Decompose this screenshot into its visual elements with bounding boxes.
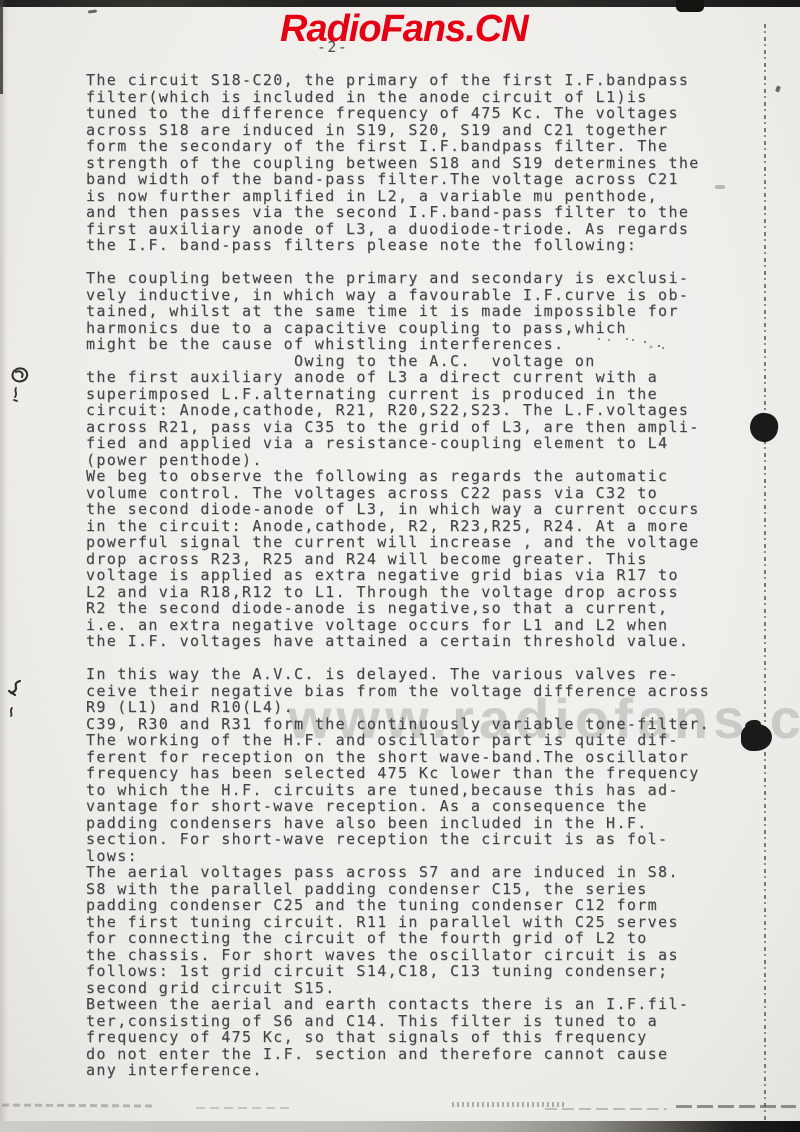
text-line: circuit: Anode,cathode, R21, R20,S22,S23… xyxy=(86,402,710,419)
text-line: We beg to observe the following as regar… xyxy=(86,468,710,485)
text-line: filter(which is included in the anode ci… xyxy=(86,89,710,106)
scanned-page: RadioFans.CN -2- www.radiofans.c The cir… xyxy=(0,0,800,1132)
paragraph-if-bandpass: The circuit S18-C20, the primary of the … xyxy=(86,72,710,254)
text-line: drop across R23, R25 and R24 will become… xyxy=(86,551,710,568)
ink-scribble xyxy=(7,366,33,402)
text-line: the first tuning circuit. R11 in paralle… xyxy=(86,914,710,931)
text-line: Owing to the A.C. voltage on xyxy=(86,353,710,370)
document-body: The circuit S18-C20, the primary of the … xyxy=(86,72,710,1095)
text-line: strength of the coupling between S18 and… xyxy=(86,155,710,172)
text-line: L2 and via R18,R12 to L1. Through the vo… xyxy=(86,584,710,601)
text-line: follows: 1st grid circuit S14,C18, C13 t… xyxy=(86,963,710,980)
scan-speck xyxy=(88,9,97,13)
text-line: The working of the H.F. and oscillator p… xyxy=(86,732,710,749)
paragraph-coupling-avc: The coupling between the primary and sec… xyxy=(86,270,710,650)
scan-smudge xyxy=(676,1105,796,1108)
scan-smudge xyxy=(452,1102,564,1107)
scan-edge-blob xyxy=(676,0,704,12)
text-line: volume control. The voltages across C22 … xyxy=(86,485,710,502)
text-line: ter,consisting of S6 and C14. This filte… xyxy=(86,1013,710,1030)
text-line: and then passes via the second I.F.band-… xyxy=(86,204,710,221)
ink-scribble xyxy=(4,678,28,718)
text-line: vely inductive, in which way a favourabl… xyxy=(86,287,710,304)
text-line: powerful signal the current will increas… xyxy=(86,534,710,551)
text-line: tuned to the difference frequency of 475… xyxy=(86,105,710,122)
text-line: In this way the A.V.C. is delayed. The v… xyxy=(86,666,710,683)
text-line: lows: xyxy=(86,848,710,865)
scan-smudge xyxy=(196,1107,292,1109)
text-line: frequency has been selected 475 Kc lower… xyxy=(86,765,710,782)
scan-smudge xyxy=(545,1108,667,1110)
text-line: across S18 are induced in S19, S20, S19 … xyxy=(86,122,710,139)
text-line: tained, whilst at the same time it is ma… xyxy=(86,303,710,320)
text-line: ferent for reception on the short wave-b… xyxy=(86,749,710,766)
scan-speck xyxy=(715,185,725,189)
text-line: fied and applied via a resistance-coupli… xyxy=(86,435,710,452)
text-line: the first auxiliary anode of L3 a direct… xyxy=(86,369,710,386)
text-line: (power penthode). xyxy=(86,452,710,469)
scan-smudge xyxy=(2,1103,154,1107)
text-line: do not enter the I.F. section and theref… xyxy=(86,1046,710,1063)
ink-blob xyxy=(748,411,780,444)
text-line: padding condensers have also been includ… xyxy=(86,815,710,832)
text-line: frequency of 475 Kc, so that signals of … xyxy=(86,1029,710,1046)
text-line: first auxiliary anode of L3, a duodiode-… xyxy=(86,221,710,238)
text-line: section. For short-wave reception the ci… xyxy=(86,831,710,848)
text-line: padding condenser C25 and the tuning con… xyxy=(86,897,710,914)
text-line: superimposed L.F.alternating current is … xyxy=(86,386,710,403)
text-line: across R21, pass via C35 to the grid of … xyxy=(86,419,710,436)
text-line: any interference. xyxy=(86,1062,710,1079)
scan-edge-left-dark xyxy=(0,0,3,94)
text-line: The aerial voltages pass across S7 and a… xyxy=(86,864,710,881)
text-line: the I.F. voltages have attained a certai… xyxy=(86,633,710,650)
text-line: The circuit S18-C20, the primary of the … xyxy=(86,72,710,89)
scan-edge-left xyxy=(0,0,8,1132)
text-line: form the secondary of the first I.F.band… xyxy=(86,138,710,155)
text-line: the chassis. For short waves the oscilla… xyxy=(86,947,710,964)
text-line: for connecting the circuit of the fourth… xyxy=(86,930,710,947)
text-line: C39, R30 and R31 form the continuously v… xyxy=(86,716,710,733)
text-line: S8 with the parallel padding condenser C… xyxy=(86,881,710,898)
scan-specks xyxy=(598,338,600,340)
text-line: voltage is applied as extra negative gri… xyxy=(86,567,710,584)
paragraph-avc-shortwave: In this way the A.V.C. is delayed. The v… xyxy=(86,666,710,1079)
text-line: might be the cause of whistling interfer… xyxy=(86,336,710,353)
text-line: is now further amplified in L2, a variab… xyxy=(86,188,710,205)
text-line: in the circuit: Anode,cathode, R2, R23,R… xyxy=(86,518,710,535)
fold-line xyxy=(764,24,766,1120)
text-line: ceive their negative bias from the volta… xyxy=(86,683,710,700)
scan-edge-bottom xyxy=(0,1121,800,1132)
text-line: R2 the second diode-anode is negative,so… xyxy=(86,600,710,617)
text-line: vantage for short-wave reception. As a c… xyxy=(86,798,710,815)
text-line: second grid circuit S15. xyxy=(86,980,710,997)
text-line: the second diode-anode of L3, in which w… xyxy=(86,501,710,518)
text-line: harmonics due to a capacitive coupling t… xyxy=(86,320,710,337)
text-line: band width of the band-pass filter.The v… xyxy=(86,171,710,188)
page-number: -2- xyxy=(317,38,348,56)
text-line: i.e. an extra negative voltage occurs fo… xyxy=(86,617,710,634)
scan-speck xyxy=(775,85,781,92)
text-line: the I.F. band-pass filters please note t… xyxy=(86,237,710,254)
text-line: R9 (L1) and R10(L4). xyxy=(86,699,710,716)
text-line: to which the H.F. circuits are tuned,bec… xyxy=(86,782,710,799)
text-line: The coupling between the primary and sec… xyxy=(86,270,710,287)
text-line: Between the aerial and earth contacts th… xyxy=(86,996,710,1013)
